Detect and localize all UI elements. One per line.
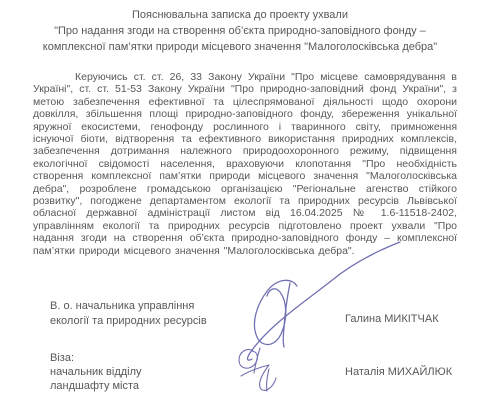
signatory1-role: В. о. начальника управління екології та … (50, 299, 207, 329)
signatory1-role-line1: В. о. начальника управління (50, 299, 207, 314)
signatory2-role-line2: ландшафту міста (50, 379, 142, 393)
signature-mykhailiuk-ink (239, 348, 276, 391)
document-title: Пояснювальна записка до проекту ухвали "… (20, 7, 460, 55)
title-line-2: "Про надання згоди на створення об’єкта … (20, 23, 460, 39)
signature-mykitchak-ink (248, 242, 400, 360)
signatory2-role-line1: начальник відділу (50, 365, 142, 379)
signatory2-role: Віза: начальник відділу ландшафту міста (50, 351, 142, 393)
signatory2-visa-label: Віза: (50, 351, 142, 365)
title-line-1: Пояснювальна записка до проекту ухвали (20, 7, 460, 23)
signatory1-role-line2: екології та природних ресурсів (50, 314, 207, 329)
document-body-paragraph: Керуючись ст. ст. 26, 33 Закону України … (33, 71, 457, 257)
signatory2-name: Наталія МИХАЙЛЮК (345, 366, 452, 378)
title-line-3: комплексної пам’ятки природи місцевого з… (20, 39, 460, 55)
explanatory-note-document: Пояснювальна записка до проекту ухвали "… (0, 0, 480, 395)
signatory1-name: Галина МИКІТЧАК (345, 313, 439, 325)
